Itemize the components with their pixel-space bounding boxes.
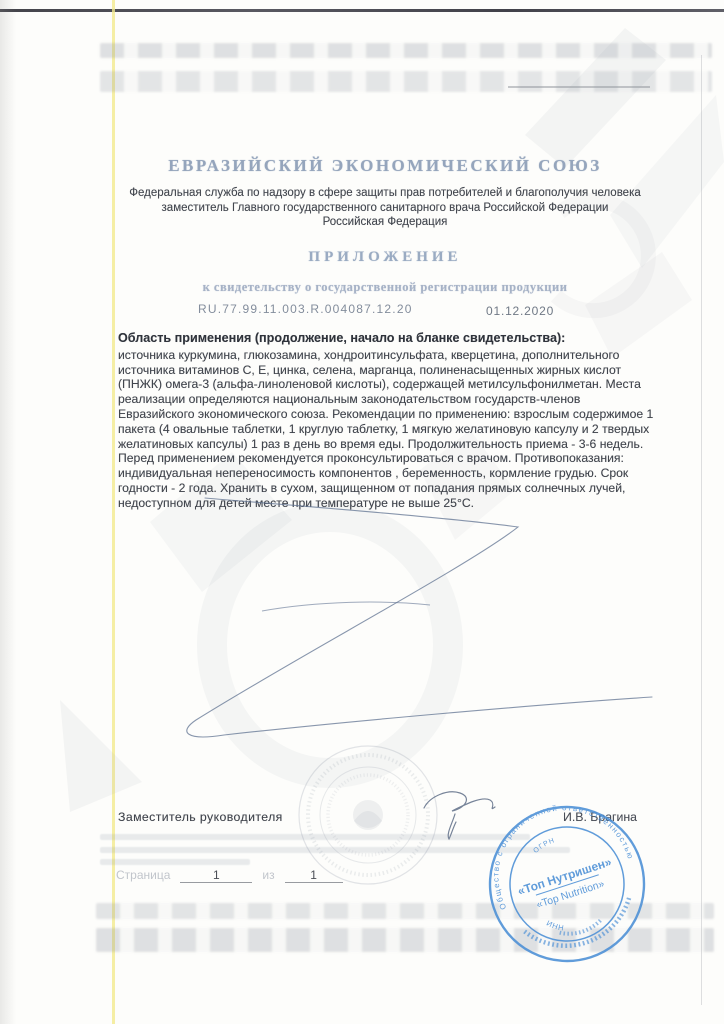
guilloche-band-top-2 — [100, 71, 712, 92]
page-number: 1 — [180, 868, 252, 883]
guilloche-band-top-1 — [100, 43, 712, 58]
stamp-illegible-inn-digits — [560, 919, 604, 938]
document-title: ПРИЛОЖЕНИЕ — [70, 249, 700, 266]
agency-line-1: Федеральная служба по надзору в сфере за… — [70, 186, 700, 201]
document-subtitle: к свидетельству о государственной регист… — [70, 280, 700, 295]
scan-top-edge-line — [0, 9, 724, 12]
page-label: Страница — [116, 868, 170, 882]
company-stamp: Общество с ограниченной ответственностью… — [482, 796, 652, 966]
application-scope-section: Область применения (продолжение, начало … — [118, 331, 658, 511]
faded-text-line — [100, 859, 250, 865]
scan-dash-artifact — [508, 86, 650, 88]
registration-date: 01.12.2020 — [486, 304, 554, 318]
agency-line-2: заместитель Главного государственного са… — [70, 201, 700, 216]
page-of-label: из — [262, 868, 274, 882]
stamp-ogrn-label: ОГРН — [531, 837, 558, 856]
agency-header-block: Федеральная служба по надзору в сфере за… — [70, 186, 700, 230]
faded-official-seal — [296, 743, 440, 887]
application-scope-text: источника куркумина, глюкозамина, хондро… — [118, 348, 658, 511]
svg-text:ОГРН: ОГРН — [531, 837, 558, 856]
signer-title: Заместитель руководителя — [118, 810, 283, 824]
scanned-certificate-page: ЕВРАЗИЙСКИЙ ЭКОНОМИЧЕСКИЙ СОЮЗ Федеральн… — [0, 0, 724, 1024]
union-header-title: ЕВРАЗИЙСКИЙ ЭКОНОМИЧЕСКИЙ СОЮЗ — [70, 156, 700, 176]
yellow-margin-line — [112, 0, 115, 1024]
application-scope-heading: Область применения (продолжение, начало … — [118, 331, 658, 346]
agency-line-3: Российская Федерация — [70, 215, 700, 230]
pagination-row: Страница 1 из 1 — [116, 868, 343, 883]
scan-left-shadow — [0, 0, 16, 1024]
scan-right-edge-line — [701, 55, 702, 1005]
page-total: 1 — [285, 868, 343, 883]
registration-number: RU.77.99.11.003.R.004087.12.20 — [198, 302, 413, 316]
faded-text-line — [100, 834, 530, 840]
